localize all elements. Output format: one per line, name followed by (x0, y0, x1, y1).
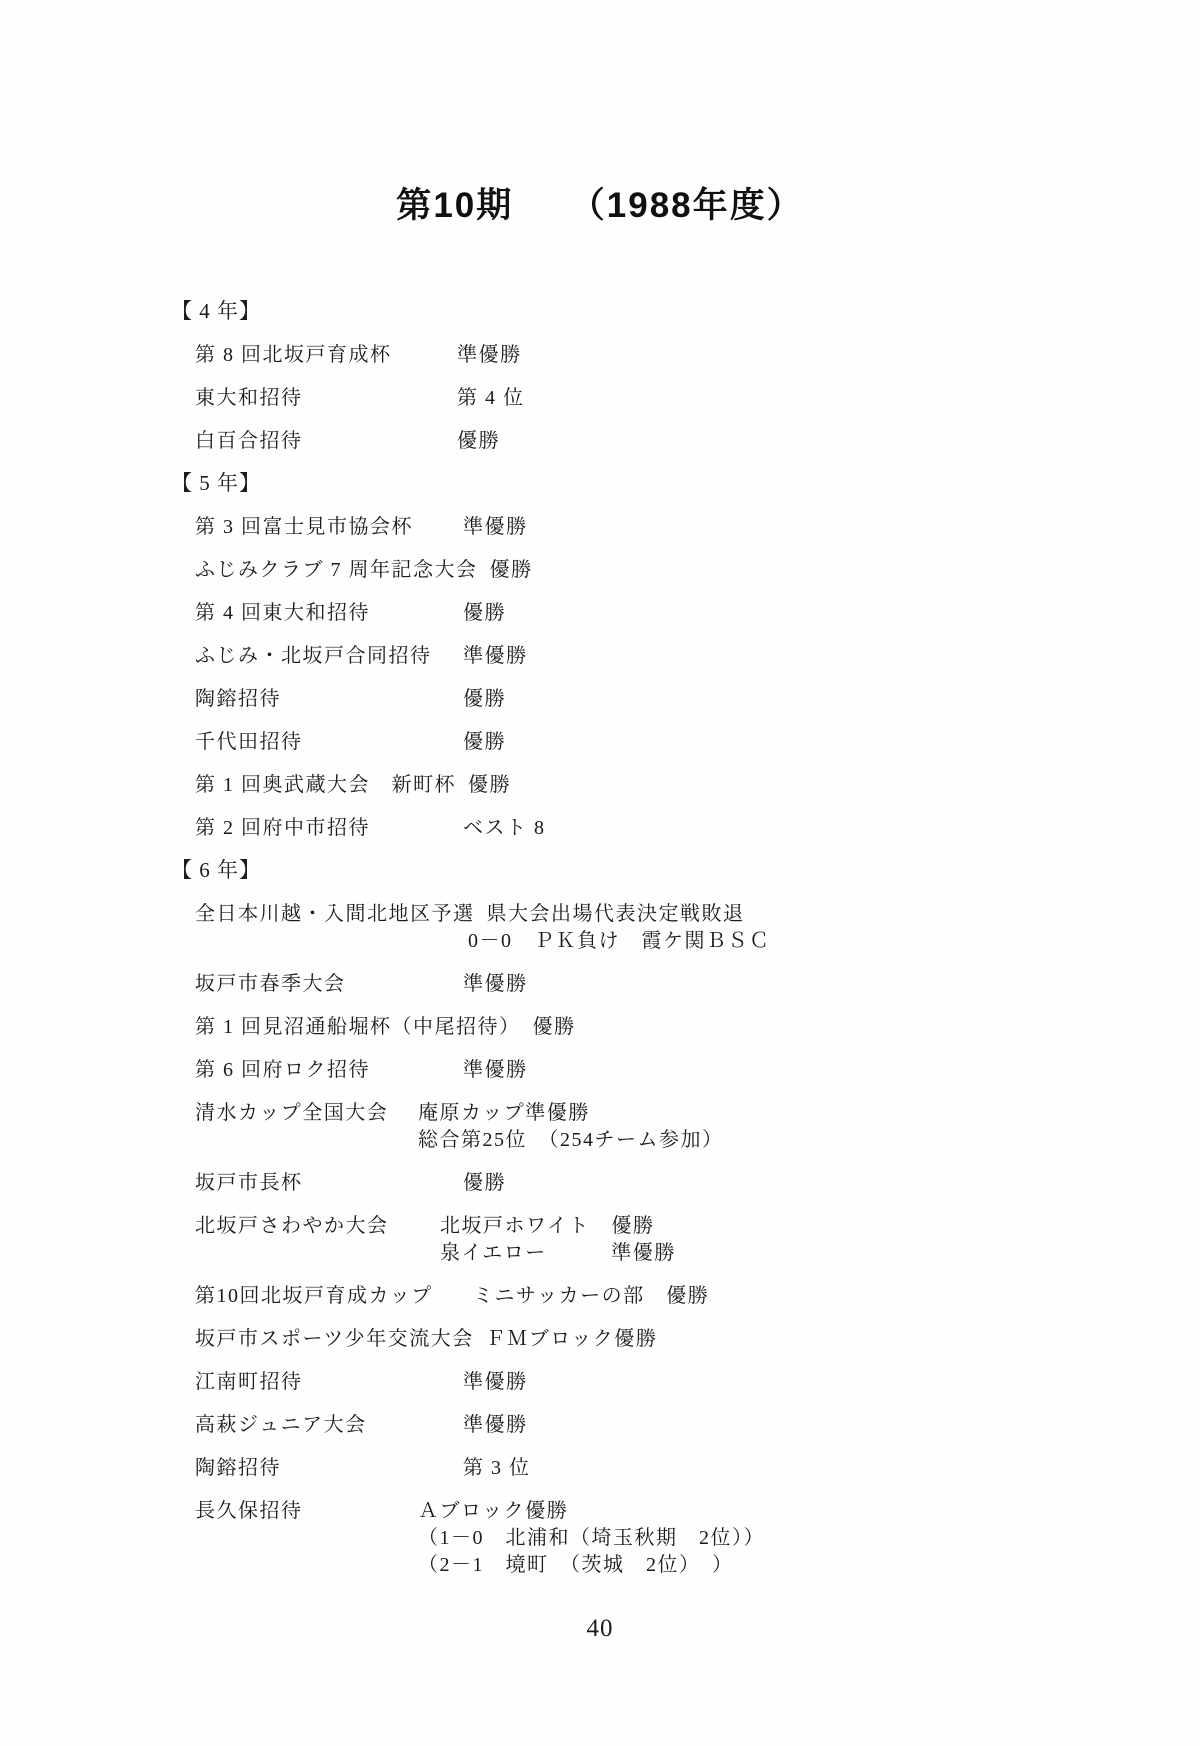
result-row: 第 6 回府ロク招待準優勝 (195, 1053, 528, 1082)
grade-section-label: 【 6 年】 (171, 854, 261, 884)
page-title: 第10期 （1988年度） (0, 178, 1200, 228)
result-value: 優勝 (533, 1010, 576, 1039)
grade-section-label: 【 4 年】 (171, 295, 261, 325)
result-row: 第 2 回府中市招待ベスト 8 (195, 811, 546, 840)
result-row: 第10回北坂戸育成カップミニサッカーの部 優勝 (195, 1279, 709, 1308)
result-row: 第 4 回東大和招待優勝 (195, 596, 506, 625)
tournament-name: 清水カップ全国大会 (195, 1096, 418, 1125)
result-row: 陶鎔招待第 3 位 (195, 1451, 531, 1480)
result-row: 白百合招待優勝 (195, 424, 500, 453)
result-detail-line: 総合第25位 （254チーム参加） (418, 1123, 724, 1152)
result-value: 準優勝 (463, 1408, 528, 1437)
tournament-name: 東大和招待 (195, 381, 457, 410)
page-number: 40 (0, 1615, 1200, 1643)
tournament-name: 第 1 回奥武蔵大会 新町杯 (195, 768, 468, 797)
result-row: 江南町招待準優勝 (195, 1365, 528, 1394)
result-row: 第 1 回見沼通船堀杯（中尾招待）優勝 (195, 1010, 576, 1039)
result-value: 第 4 位 (457, 381, 525, 410)
result-value: 優勝 (457, 424, 500, 453)
tournament-name: 陶鎔招待 (195, 682, 463, 711)
result-value: 準優勝 (463, 967, 528, 996)
result-value: 優勝 (468, 768, 511, 797)
result-row: 坂戸市春季大会準優勝 (195, 967, 528, 996)
tournament-name: 高萩ジュニア大会 (195, 1408, 463, 1437)
result-row: 坂戸市スポーツ少年交流大会ＦＭブロック優勝 (195, 1322, 657, 1351)
tournament-name: 第 2 回府中市招待 (195, 811, 463, 840)
result-row: 高萩ジュニア大会準優勝 (195, 1408, 528, 1437)
tournament-name: ふじみ・北坂戸合同招待 (195, 639, 463, 668)
tournament-name: ふじみクラブ 7 周年記念大会 (195, 553, 490, 582)
result-detail-line: 泉イエロー 準優勝 (440, 1236, 676, 1265)
result-row: ふじみ・北坂戸合同招待準優勝 (195, 639, 528, 668)
tournament-name: 白百合招待 (195, 424, 457, 453)
result-value: 庵原カップ準優勝 (418, 1096, 590, 1125)
result-row: 第 1 回奥武蔵大会 新町杯優勝 (195, 768, 511, 797)
result-value: 優勝 (490, 553, 533, 582)
result-value: ＦＭブロック優勝 (486, 1322, 658, 1351)
tournament-name: 千代田招待 (195, 725, 463, 754)
result-value: Ａブロック優勝 (418, 1494, 568, 1523)
document-page: 第10期 （1988年度） 【 4 年】第 8 回北坂戸育成杯準優勝東大和招待第… (0, 0, 1200, 1746)
tournament-name: 坂戸市長杯 (195, 1166, 463, 1195)
result-value: ベスト 8 (463, 811, 546, 840)
result-row: 陶鎔招待優勝 (195, 682, 506, 711)
result-value: 準優勝 (463, 510, 528, 539)
result-detail-line: （1－0 北浦和（埼玉秋期 2位）） (418, 1521, 765, 1550)
result-value: 第 3 位 (463, 1451, 531, 1480)
result-value: ミニサッカーの部 優勝 (473, 1279, 709, 1308)
tournament-name: 第 1 回見沼通船堀杯（中尾招待） (195, 1010, 533, 1039)
result-row: 全日本川越・入間北地区予選県大会出場代表決定戦敗退 (195, 897, 745, 926)
tournament-name: 坂戸市スポーツ少年交流大会 (195, 1322, 486, 1351)
tournament-name: 北坂戸さわやか大会 (195, 1209, 440, 1238)
result-value: 準優勝 (463, 1053, 528, 1082)
result-value: 優勝 (463, 682, 506, 711)
result-value: 準優勝 (463, 1365, 528, 1394)
result-row: 第 8 回北坂戸育成杯準優勝 (195, 338, 522, 367)
tournament-name: 長久保招待 (195, 1494, 418, 1523)
tournament-name: 全日本川越・入間北地区予選 (195, 897, 487, 926)
result-value: 準優勝 (457, 338, 522, 367)
result-row: 清水カップ全国大会庵原カップ準優勝 (195, 1096, 590, 1125)
result-value: 優勝 (463, 1166, 506, 1195)
tournament-name: 陶鎔招待 (195, 1451, 463, 1480)
result-row: 坂戸市長杯優勝 (195, 1166, 506, 1195)
tournament-name: 坂戸市春季大会 (195, 967, 463, 996)
tournament-name: 第10回北坂戸育成カップ (195, 1279, 473, 1308)
tournament-name: 第 6 回府ロク招待 (195, 1053, 463, 1082)
result-value: 優勝 (463, 725, 506, 754)
result-value: 北坂戸ホワイト 優勝 (440, 1209, 654, 1238)
result-value: 優勝 (463, 596, 506, 625)
tournament-name: 第 4 回東大和招待 (195, 596, 463, 625)
result-row: 第 3 回富士見市協会杯準優勝 (195, 510, 528, 539)
result-row: 東大和招待第 4 位 (195, 381, 525, 410)
result-detail-line: （2－1 境町 （茨城 2位） ） (418, 1548, 734, 1577)
result-row: 千代田招待優勝 (195, 725, 506, 754)
result-row: 北坂戸さわやか大会北坂戸ホワイト 優勝 (195, 1209, 654, 1238)
result-row: ふじみクラブ 7 周年記念大会優勝 (195, 553, 533, 582)
tournament-name: 第 3 回富士見市協会杯 (195, 510, 463, 539)
grade-section-label: 【 5 年】 (171, 467, 261, 497)
result-value: 県大会出場代表決定戦敗退 (487, 897, 745, 926)
result-detail-line: 0－0 ＰＫ負け 霞ケ関ＢＳＣ (468, 924, 771, 953)
result-value: 準優勝 (463, 639, 528, 668)
tournament-name: 第 8 回北坂戸育成杯 (195, 338, 457, 367)
result-row: 長久保招待Ａブロック優勝 (195, 1494, 568, 1523)
tournament-name: 江南町招待 (195, 1365, 463, 1394)
